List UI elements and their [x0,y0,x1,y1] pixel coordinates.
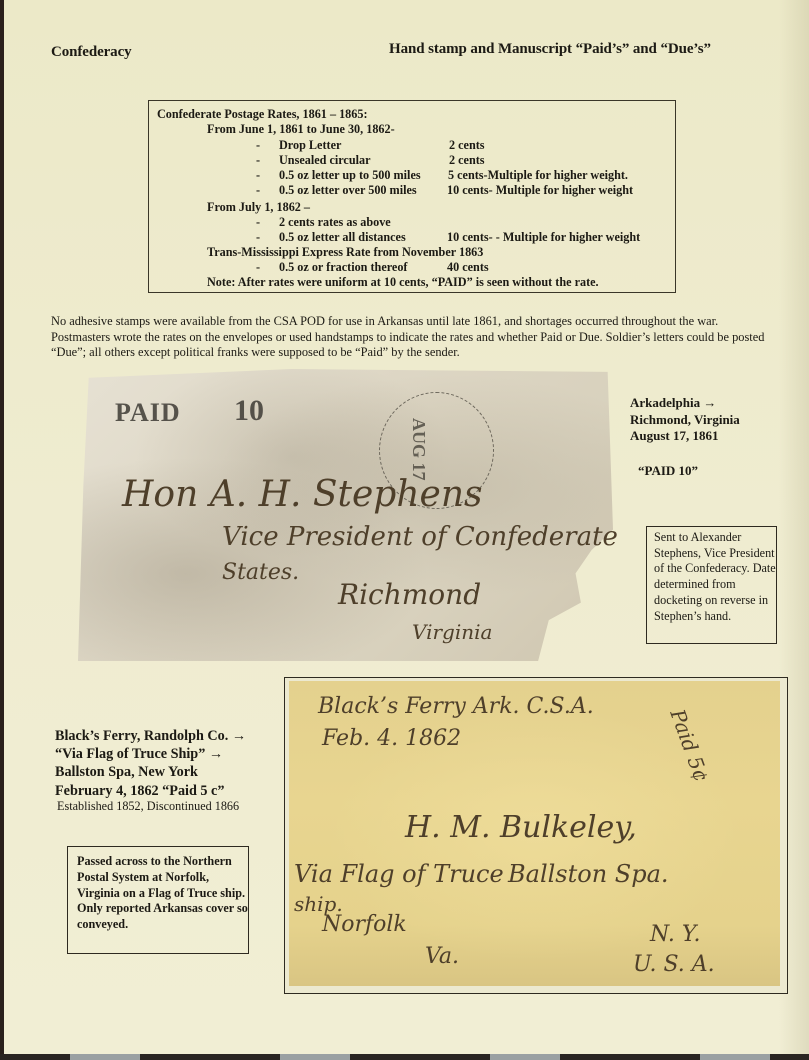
origin-line: Feb. 4. 1862 [322,726,461,751]
address-line: Hon A. H. Stephens [122,474,483,515]
intro-paragraph: No adhesive stamps were available from t… [51,314,771,361]
paid-handstamp: PAID [115,398,181,428]
cover2-postoffice-dates: Established 1852, Discontinued 1866 [57,799,239,814]
period3-heading: Trans-Mississippi Express Rate from Nove… [207,245,483,260]
postmark-date: AUG 17 [408,418,429,481]
address-line: Norfolk [322,912,407,937]
address-line: Richmond [338,578,481,611]
rates-title: Confederate Postage Rates, 1861 – 1865: [157,107,368,122]
address-line: Vice President of Confederate [222,522,618,552]
cover1-note-box: Sent to Alexander Stephens, Vice Preside… [646,526,777,644]
address-line: Va. [425,944,459,969]
rate-handstamp: 10 [234,394,264,428]
cover1-caption: Arkadelphia → Richmond, Virginia August … [630,395,740,445]
scanner-edge [0,1054,809,1060]
period1-heading: From June 1, 1861 to June 30, 1862- [207,122,395,137]
address-line: Via Flag of Truce [294,860,504,888]
cover2-caption: Black’s Ferry, Randolph Co. → “Via Flag … [55,727,246,800]
address-line: U. S. A. [633,952,715,977]
address-line: Virginia [412,620,492,644]
address-line: H. M. Bulkeley, [405,810,637,845]
cover1-marking-quote: “PAID 10” [638,463,698,479]
rates-note: Note: After rates were uniform at 10 cen… [207,275,599,290]
page-section-title: Confederacy [51,44,132,61]
page-title: Hand stamp and Manuscript “Paid’s” and “… [389,41,711,58]
address-line: States. [222,560,299,585]
origin-line: Black’s Ferry Ark. C.S.A. [318,694,594,719]
cover2-note-box: Passed across to the Northern Postal Sys… [67,846,249,954]
postage-rates-box: Confederate Postage Rates, 1861 – 1865: … [148,100,676,293]
address-line: N. Y. [650,922,701,947]
address-line: Ballston Spa. [508,860,669,888]
period2-heading: From July 1, 1862 – [207,200,310,215]
